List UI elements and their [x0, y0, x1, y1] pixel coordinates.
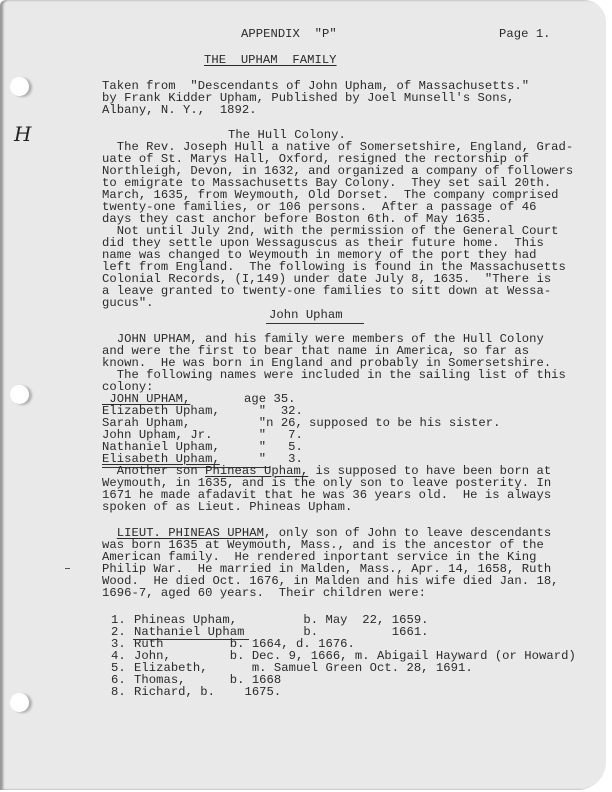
source-line-3: Albany, N. Y., 1892. [102, 104, 257, 116]
text-line: 1696-7, aged 60 years. Their children we… [102, 587, 426, 599]
page-title: THE UPHAM FAMILY [204, 54, 337, 66]
punch-hole-bottom [10, 693, 29, 712]
nathaniel-underline [133, 639, 249, 640]
punch-hole-top [10, 77, 29, 96]
text-line: gucus". [102, 297, 154, 309]
stray-pen-mark [65, 568, 70, 569]
handwritten-mark: H [14, 122, 31, 146]
sailing-list-note: supposed to be his sister. [309, 417, 500, 429]
appendix-label: APPENDIX "P" [241, 28, 337, 40]
document-page: H APPENDIX "P" Page 1. THE UPHAM FAMILY … [0, 0, 606, 790]
text-line: The following names were included in the… [102, 369, 566, 381]
punch-hole-middle [10, 385, 29, 404]
text-line: spoken of as Lieut. Phineas Upham. [102, 501, 352, 513]
child-entry: Richard, b. 1675. [134, 686, 281, 698]
heading-underline [266, 323, 364, 324]
text-line: a leave granted to twenty-one families t… [102, 285, 551, 297]
page-number: Page 1. [499, 28, 551, 40]
child-number: 8. [111, 686, 126, 698]
section-heading-john-upham: John Upham [269, 309, 343, 321]
